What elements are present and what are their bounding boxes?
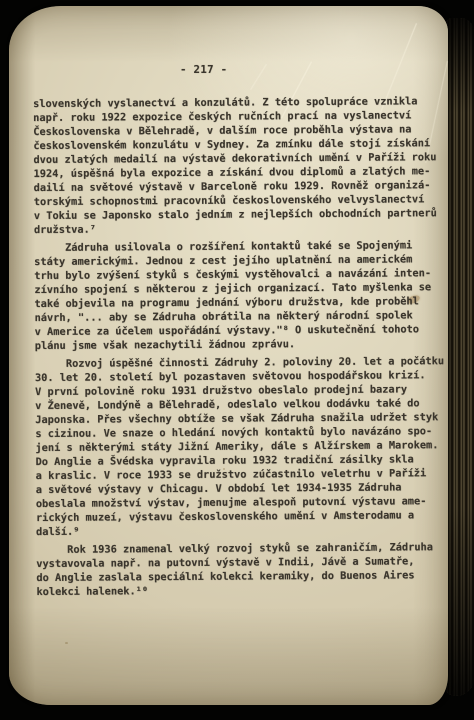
text-line: kolekci halenek.¹⁰ [36, 582, 448, 599]
paragraph: Zádruha usilovala o rozšíření kontaktů t… [34, 238, 447, 353]
book-photo: - 217 - slovenských vyslanectví a konzul… [0, 0, 474, 720]
paragraph: Rozvoj úspěšné činnosti Zádruhy 2. polov… [35, 354, 448, 539]
text-line: družstva.⁷ [34, 220, 446, 237]
page-stack-shadow [445, 18, 474, 696]
text-line: rických muzeí, výstavu československého … [36, 508, 448, 525]
book-page: - 217 - slovenských vyslanectví a konzul… [9, 6, 448, 705]
text-block: slovenských vyslanectví a konzulátů. Z t… [33, 94, 448, 599]
text-line: v Americe za účelem uspořádání výstavy."… [35, 322, 447, 339]
text-line: v Tokiu se Japonsko stalo jedním z nejle… [34, 206, 446, 223]
paper-speck [65, 642, 68, 644]
text-line: plánu jsme však nezachytili žádnou zpráv… [35, 336, 447, 353]
page-number: - 217 - [180, 64, 227, 76]
text-line: do Anglie zaslala speciální kolekci kera… [36, 568, 448, 585]
text-line: další.⁹ [36, 522, 448, 539]
paragraph: Rok 1936 znamenal velký rozvoj styků se … [36, 540, 448, 599]
paragraph: slovenských vyslanectví a konzulátů. Z t… [33, 94, 446, 237]
book-page-stack-edge [445, 18, 474, 696]
